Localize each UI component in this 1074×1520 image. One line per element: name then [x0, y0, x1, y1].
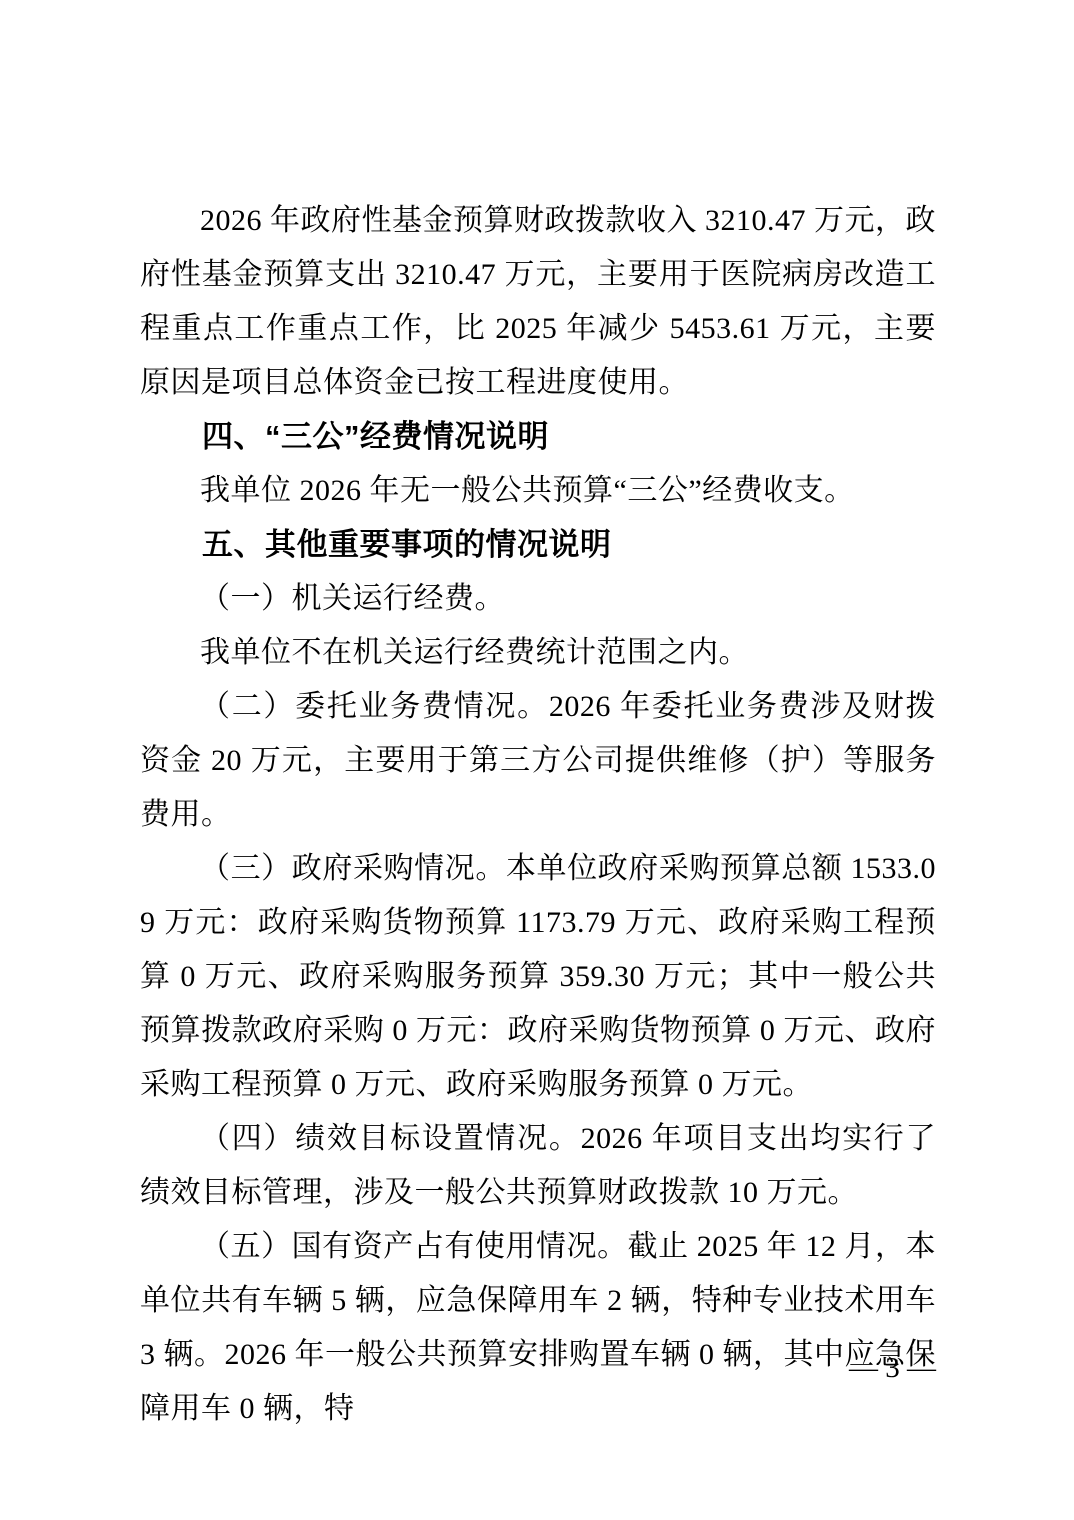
- section-heading-four-three-public-funds: 四、“三公”经费情况说明: [140, 410, 936, 464]
- page-number: — 3 —: [849, 1348, 936, 1388]
- section-heading-five-other-important-matters: 五、其他重要事项的情况说明: [140, 518, 936, 572]
- paragraph-item-5-state-owned-assets: （五）国有资产占有使用情况。截止 2025 年 12 月，本单位共有车辆 5 辆…: [140, 1220, 936, 1436]
- paragraph-item-3-government-procurement: （三）政府采购情况。本单位政府采购预算总额 1533.09 万元：政府采购货物预…: [140, 842, 936, 1112]
- paragraph-three-public-funds-statement: 我单位 2026 年无一般公共预算“三公”经费收支。: [140, 464, 936, 518]
- document-page: 2026 年政府性基金预算财政拨款收入 3210.47 万元，政府性基金预算支出…: [0, 0, 1074, 1520]
- paragraph-gov-fund-budget: 2026 年政府性基金预算财政拨款收入 3210.47 万元，政府性基金预算支出…: [140, 194, 936, 410]
- paragraph-item-2-entrusted-business-fees: （二）委托业务费情况。2026 年委托业务费涉及财拨资金 20 万元，主要用于第…: [140, 680, 936, 842]
- paragraph-item-1-agency-operating-funds: （一）机关运行经费。: [140, 572, 936, 626]
- document-body: 2026 年政府性基金预算财政拨款收入 3210.47 万元，政府性基金预算支出…: [140, 194, 936, 1436]
- paragraph-agency-operating-funds-statement: 我单位不在机关运行经费统计范围之内。: [140, 626, 936, 680]
- paragraph-item-4-performance-targets: （四）绩效目标设置情况。2026 年项目支出均实行了绩效目标管理，涉及一般公共预…: [140, 1112, 936, 1220]
